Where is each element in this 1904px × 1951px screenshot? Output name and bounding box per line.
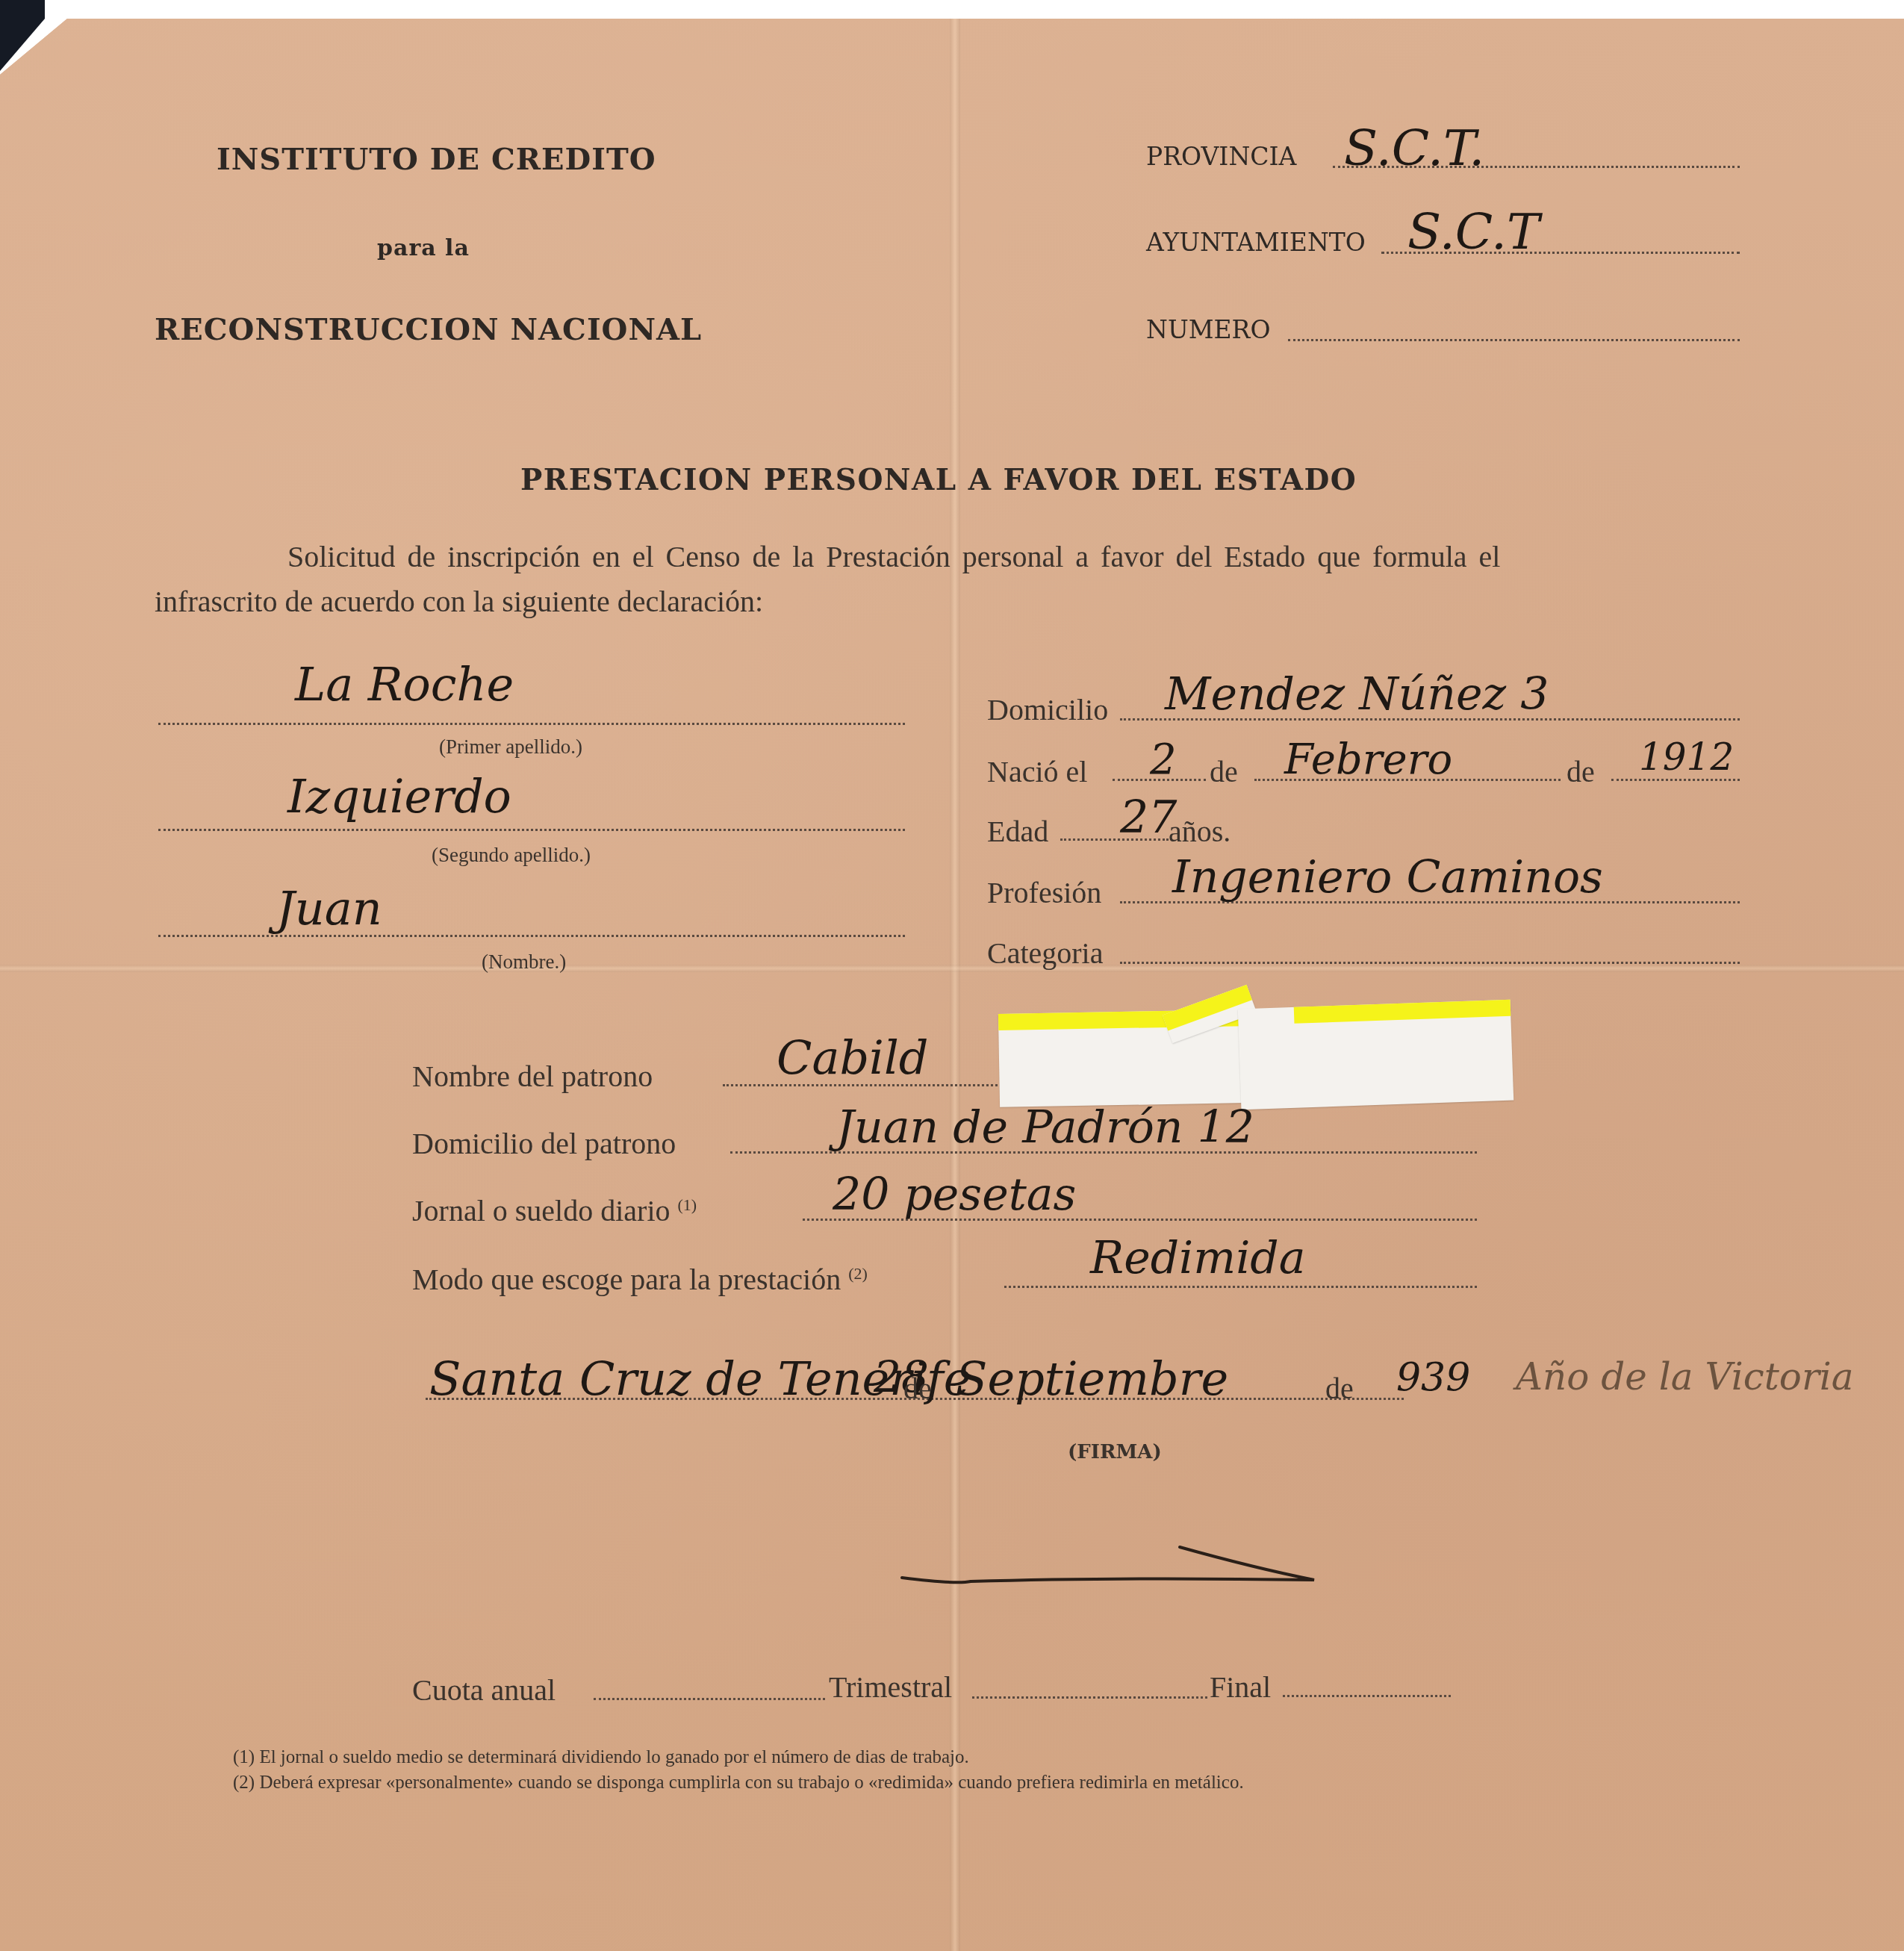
profesion-value[interactable]: Ingeniero Caminos — [1172, 851, 1603, 903]
signature-de-label-1: de — [903, 1371, 932, 1406]
provincia-label: PROVINCIA — [1146, 142, 1296, 171]
footnote-1: (1) El jornal o sueldo medio se determin… — [233, 1747, 969, 1768]
segundo-apellido-caption: (Segundo apellido.) — [432, 844, 591, 867]
nacio-year-line — [1611, 779, 1740, 781]
signature-month-value[interactable]: Septiembre — [956, 1351, 1228, 1406]
cuota-anual-label: Cuota anual — [412, 1672, 556, 1708]
modo-value[interactable]: Redimida — [1090, 1232, 1306, 1284]
primer-apellido-value[interactable]: La Roche — [295, 657, 514, 712]
nombre-value[interactable]: Juan — [276, 881, 382, 936]
primer-apellido-line — [158, 723, 905, 725]
cuota-final-label: Final — [1210, 1670, 1271, 1705]
patrono-domicilio-value[interactable]: Juan de Padrón 12 — [836, 1101, 1254, 1154]
nacio-month-value[interactable]: Febrero — [1284, 735, 1452, 784]
patrono-domicilio-label: Domicilio del patrono — [412, 1126, 676, 1161]
categoria-label: Categoria — [987, 936, 1104, 971]
signature-year-value[interactable]: 939 — [1396, 1355, 1470, 1400]
signature-stroke — [896, 1538, 1344, 1598]
primer-apellido-caption: (Primer apellido.) — [439, 735, 582, 759]
footnote-2: (2) Deberá expresar «personalmente» cuan… — [233, 1773, 1244, 1793]
nacio-label: Nació el — [987, 754, 1087, 789]
horizontal-fold-crease — [0, 965, 1904, 972]
redaction-tape-right — [1238, 1000, 1513, 1110]
vertical-fold-crease — [950, 19, 960, 1951]
provincia-value[interactable]: S.C.T. — [1344, 119, 1484, 177]
patrono-nombre-label: Nombre del patrono — [412, 1059, 653, 1094]
institute-name-line1: INSTITUTO DE CREDITO — [217, 142, 656, 177]
segundo-apellido-line — [158, 829, 905, 831]
nacio-de-label-2: de — [1567, 754, 1595, 789]
domicilio-value[interactable]: Mendez Núñez 3 — [1165, 668, 1549, 721]
patrono-nombre-value[interactable]: Cabild — [777, 1030, 928, 1085]
signature-extra-value[interactable]: Año de la Victoria — [1516, 1355, 1854, 1398]
jornal-label-text: Jornal o sueldo diario — [412, 1194, 671, 1227]
jornal-label: Jornal o sueldo diario (1) — [412, 1193, 697, 1228]
modo-label-text: Modo que escoge para la prestación — [412, 1263, 841, 1296]
nombre-line — [158, 935, 905, 937]
ayuntamiento-value[interactable]: S.C.T — [1407, 203, 1540, 261]
profesion-label: Profesión — [987, 875, 1101, 910]
institute-name-line3: RECONSTRUCCION NACIONAL — [155, 312, 702, 347]
domicilio-label: Domicilio — [987, 692, 1108, 727]
numero-label: NUMERO — [1146, 315, 1270, 344]
nacio-day-value[interactable]: 2 — [1150, 735, 1177, 784]
modo-line — [1004, 1286, 1477, 1288]
nacio-de-label-1: de — [1210, 754, 1238, 789]
categoria-line — [1120, 962, 1740, 964]
edad-suffix: años. — [1169, 814, 1231, 849]
signature-de-label-2: de — [1325, 1371, 1354, 1406]
form-title: PRESTACION PERSONAL A FAVOR DEL ESTADO — [520, 463, 1357, 497]
jornal-footnote-ref: (1) — [678, 1195, 697, 1214]
cuota-anual-line — [594, 1698, 825, 1700]
intro-line2: infrascrito de acuerdo con la siguiente … — [155, 584, 763, 619]
numero-field-line — [1288, 339, 1740, 341]
modo-footnote-ref: (2) — [848, 1264, 868, 1283]
jornal-value[interactable]: 20 pesetas — [833, 1169, 1076, 1221]
intro-line1: Solicitud de inscripción en el Censo de … — [287, 539, 1500, 574]
nombre-caption: (Nombre.) — [482, 950, 566, 974]
cuota-trimestral-line — [972, 1696, 1207, 1699]
institute-name-line2: para la — [377, 235, 470, 261]
cuota-final-line — [1283, 1695, 1451, 1697]
cuota-trimestral-label: Trimestral — [829, 1670, 952, 1705]
firma-caption: (FIRMA) — [1068, 1441, 1162, 1463]
nacio-year-value[interactable]: 1912 — [1639, 735, 1734, 779]
edad-label: Edad — [987, 814, 1048, 849]
modo-label: Modo que escoge para la prestación (2) — [412, 1262, 868, 1297]
segundo-apellido-value[interactable]: Izquierdo — [287, 769, 511, 824]
ayuntamiento-label: AYUNTAMIENTO — [1146, 228, 1366, 257]
